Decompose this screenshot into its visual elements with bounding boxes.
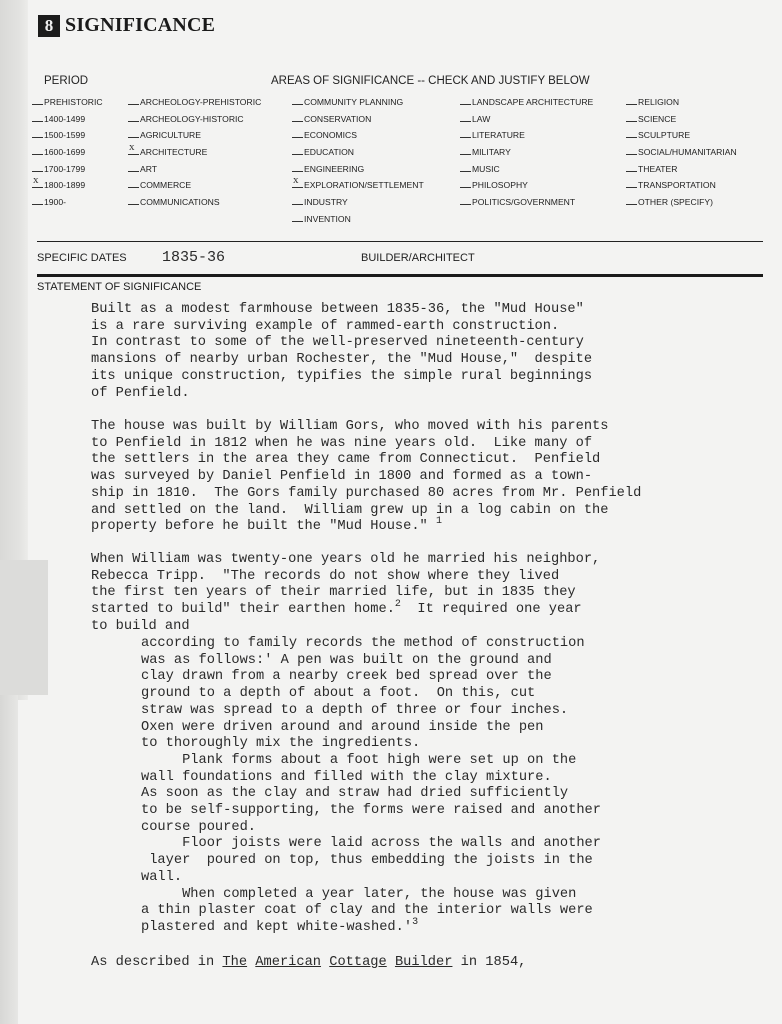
checkbox-item[interactable]: ARCHEOLOGY-HISTORIC bbox=[128, 113, 261, 130]
checkbox-item[interactable]: 1700-1799 bbox=[32, 163, 103, 180]
unchecked-box[interactable] bbox=[626, 130, 637, 138]
unchecked-box[interactable] bbox=[128, 114, 139, 122]
checkbox-item[interactable]: AGRICULTURE bbox=[128, 129, 261, 146]
areas-label: AREAS OF SIGNIFICANCE -- CHECK AND JUSTI… bbox=[271, 75, 590, 87]
unchecked-box[interactable] bbox=[292, 214, 303, 222]
checkbox-label: COMMERCE bbox=[140, 180, 191, 190]
checkbox-item[interactable]: xARCHITECTURE bbox=[128, 146, 261, 163]
period-label: PERIOD bbox=[44, 75, 88, 87]
unchecked-box[interactable] bbox=[292, 164, 303, 172]
unchecked-box[interactable] bbox=[460, 97, 471, 105]
checkbox-item[interactable]: SCULPTURE bbox=[626, 129, 737, 146]
checkbox-label: PHILOSOPHY bbox=[472, 180, 528, 190]
specific-dates-row: SPECIFIC DATES 1835-36 BUILDER/ARCHITECT bbox=[37, 251, 763, 271]
checked-box[interactable]: x bbox=[292, 180, 303, 188]
unchecked-box[interactable] bbox=[460, 147, 471, 155]
period-list: PREHISTORIC1400-14991500-15991600-169917… bbox=[32, 96, 103, 213]
divider bbox=[37, 274, 763, 277]
checkbox-label: SCULPTURE bbox=[638, 130, 690, 140]
checkbox-item[interactable]: COMMERCE bbox=[128, 179, 261, 196]
checkbox-label: 1400-1499 bbox=[44, 114, 85, 124]
checkbox-label: COMMUNITY PLANNING bbox=[304, 97, 403, 107]
checkbox-item[interactable]: PREHISTORIC bbox=[32, 96, 103, 113]
checkbox-item[interactable]: LITERATURE bbox=[460, 129, 593, 146]
checkbox-item[interactable]: xEXPLORATION/SETTLEMENT bbox=[292, 179, 424, 196]
specific-dates-label: SPECIFIC DATES bbox=[37, 252, 127, 264]
unchecked-box[interactable] bbox=[32, 114, 43, 122]
checkbox-item[interactable]: COMMUNICATIONS bbox=[128, 196, 261, 213]
checkbox-item[interactable]: MILITARY bbox=[460, 146, 593, 163]
builder-architect-label: BUILDER/ARCHITECT bbox=[361, 252, 475, 264]
unchecked-box[interactable] bbox=[626, 114, 637, 122]
checkbox-label: 1700-1799 bbox=[44, 164, 85, 174]
checkbox-label: 1800-1899 bbox=[44, 180, 85, 190]
areas-column-4: RELIGIONSCIENCESCULPTURESOCIAL/HUMANITAR… bbox=[626, 96, 737, 213]
checkbox-item[interactable]: POLITICS/GOVERNMENT bbox=[460, 196, 593, 213]
scan-shadow bbox=[0, 560, 48, 695]
checkbox-item[interactable]: LANDSCAPE ARCHITECTURE bbox=[460, 96, 593, 113]
areas-column-3: LANDSCAPE ARCHITECTURELAWLITERATUREMILIT… bbox=[460, 96, 593, 213]
checkbox-label: ECONOMICS bbox=[304, 130, 357, 140]
checkbox-label: INVENTION bbox=[304, 214, 351, 224]
checkbox-label: CONSERVATION bbox=[304, 114, 371, 124]
checkbox-label: LITERATURE bbox=[472, 130, 525, 140]
checkbox-item[interactable]: SCIENCE bbox=[626, 113, 737, 130]
scan-shadow bbox=[0, 695, 18, 1024]
paragraph-text: The house was built by William Gors, who… bbox=[91, 419, 641, 534]
checkbox-label: SOCIAL/HUMANITARIAN bbox=[638, 147, 737, 157]
unchecked-box[interactable] bbox=[460, 114, 471, 122]
checkbox-label: 1600-1699 bbox=[44, 147, 85, 157]
checkbox-label: TRANSPORTATION bbox=[638, 180, 716, 190]
checkbox-item[interactable]: OTHER (SPECIFY) bbox=[626, 196, 737, 213]
unchecked-box[interactable] bbox=[32, 147, 43, 155]
checkbox-item[interactable]: SOCIAL/HUMANITARIAN bbox=[626, 146, 737, 163]
unchecked-box[interactable] bbox=[292, 147, 303, 155]
checked-box[interactable]: x bbox=[32, 180, 43, 188]
unchecked-box[interactable] bbox=[626, 164, 637, 172]
checkbox-label: ENGINEERING bbox=[304, 164, 364, 174]
unchecked-box[interactable] bbox=[460, 130, 471, 138]
check-x-mark: x bbox=[129, 141, 135, 153]
unchecked-box[interactable] bbox=[460, 164, 471, 172]
book-title-word: Builder bbox=[395, 955, 453, 970]
statement-paragraph-4: As described in The American Cottage Bui… bbox=[91, 955, 526, 972]
unchecked-box[interactable] bbox=[292, 197, 303, 205]
unchecked-box[interactable] bbox=[128, 197, 139, 205]
checkbox-label: MILITARY bbox=[472, 147, 511, 157]
paragraph-text: in 1854, bbox=[452, 955, 526, 970]
checkbox-item[interactable]: COMMUNITY PLANNING bbox=[292, 96, 424, 113]
checkbox-item[interactable]: MUSIC bbox=[460, 163, 593, 180]
checkbox-label: OTHER (SPECIFY) bbox=[638, 197, 713, 207]
checkbox-item[interactable]: x1800-1899 bbox=[32, 179, 103, 196]
quote-text: according to family records the method o… bbox=[141, 636, 601, 935]
checkbox-item[interactable]: ART bbox=[128, 163, 261, 180]
unchecked-box[interactable] bbox=[460, 180, 471, 188]
statement-label: STATEMENT OF SIGNIFICANCE bbox=[37, 281, 201, 293]
checkbox-item[interactable]: 1400-1499 bbox=[32, 113, 103, 130]
unchecked-box[interactable] bbox=[626, 180, 637, 188]
checkbox-label: LAW bbox=[472, 114, 490, 124]
checkbox-label: PREHISTORIC bbox=[44, 97, 103, 107]
checkbox-label: MUSIC bbox=[472, 164, 500, 174]
checkbox-item[interactable]: EDUCATION bbox=[292, 146, 424, 163]
checkbox-item[interactable]: PHILOSOPHY bbox=[460, 179, 593, 196]
divider bbox=[37, 241, 763, 242]
check-x-mark: x bbox=[293, 174, 299, 186]
section-header: 8 SIGNIFICANCE bbox=[38, 14, 215, 37]
checkbox-label: ARCHEOLOGY-HISTORIC bbox=[140, 114, 244, 124]
section-title: SIGNIFICANCE bbox=[65, 14, 215, 37]
areas-column-2: COMMUNITY PLANNINGCONSERVATIONECONOMICSE… bbox=[292, 96, 424, 230]
unchecked-box[interactable] bbox=[32, 130, 43, 138]
unchecked-box[interactable] bbox=[128, 164, 139, 172]
unchecked-box[interactable] bbox=[128, 130, 139, 138]
checkbox-label: INDUSTRY bbox=[304, 197, 348, 207]
unchecked-box[interactable] bbox=[292, 130, 303, 138]
unchecked-box[interactable] bbox=[626, 197, 637, 205]
checkbox-label: LANDSCAPE ARCHITECTURE bbox=[472, 97, 593, 107]
unchecked-box[interactable] bbox=[32, 97, 43, 105]
checkbox-item[interactable]: 1900- bbox=[32, 196, 103, 213]
checkbox-item[interactable]: RELIGION bbox=[626, 96, 737, 113]
unchecked-box[interactable] bbox=[128, 180, 139, 188]
checkbox-label: 1900- bbox=[44, 197, 66, 207]
checkbox-label: THEATER bbox=[638, 164, 677, 174]
unchecked-box[interactable] bbox=[32, 164, 43, 172]
unchecked-box[interactable] bbox=[292, 97, 303, 105]
statement-paragraph-1: Built as a modest farmhouse between 1835… bbox=[91, 302, 592, 402]
book-title-word: The bbox=[222, 955, 247, 970]
checkbox-item[interactable]: THEATER bbox=[626, 163, 737, 180]
statement-paragraph-2: The house was built by William Gors, who… bbox=[91, 419, 641, 536]
checkbox-item[interactable]: LAW bbox=[460, 113, 593, 130]
unchecked-box[interactable] bbox=[292, 114, 303, 122]
check-x-mark: x bbox=[33, 174, 39, 186]
checkbox-item[interactable]: ECONOMICS bbox=[292, 129, 424, 146]
checkbox-label: ARCHITECTURE bbox=[140, 147, 207, 157]
unchecked-box[interactable] bbox=[128, 97, 139, 105]
block-quote: according to family records the method o… bbox=[141, 636, 601, 937]
footnote-marker: 3 bbox=[412, 917, 418, 928]
checkbox-label: COMMUNICATIONS bbox=[140, 197, 220, 207]
checkbox-label: 1500-1599 bbox=[44, 130, 85, 140]
areas-column-1: ARCHEOLOGY-PREHISTORICARCHEOLOGY-HISTORI… bbox=[128, 96, 261, 213]
checkbox-item[interactable]: INVENTION bbox=[292, 213, 424, 230]
unchecked-box[interactable] bbox=[626, 97, 637, 105]
unchecked-box[interactable] bbox=[32, 197, 43, 205]
unchecked-box[interactable] bbox=[626, 147, 637, 155]
unchecked-box[interactable] bbox=[460, 197, 471, 205]
checkbox-item[interactable]: 1500-1599 bbox=[32, 129, 103, 146]
checkbox-label: ARCHEOLOGY-PREHISTORIC bbox=[140, 97, 261, 107]
checkbox-label: SCIENCE bbox=[638, 114, 676, 124]
checkbox-item[interactable]: ENGINEERING bbox=[292, 163, 424, 180]
checkbox-label: ART bbox=[140, 164, 157, 174]
checkbox-item[interactable]: ARCHEOLOGY-PREHISTORIC bbox=[128, 96, 261, 113]
book-title-word: American bbox=[255, 955, 321, 970]
specific-dates-field[interactable]: 1835-36 bbox=[162, 249, 225, 266]
statement-paragraph-3: When William was twenty-one years old he… bbox=[91, 552, 600, 636]
checkbox-item[interactable]: 1600-1699 bbox=[32, 146, 103, 163]
checkbox-item[interactable]: TRANSPORTATION bbox=[626, 179, 737, 196]
checkbox-label: POLITICS/GOVERNMENT bbox=[472, 197, 575, 207]
checkbox-label: AGRICULTURE bbox=[140, 130, 201, 140]
checkbox-label: RELIGION bbox=[638, 97, 679, 107]
paragraph-text: As described in bbox=[91, 955, 222, 970]
section-number: 8 bbox=[38, 15, 60, 37]
checked-box[interactable]: x bbox=[128, 147, 139, 155]
book-title-word: Cottage bbox=[329, 955, 387, 970]
checkbox-label: EXPLORATION/SETTLEMENT bbox=[304, 180, 424, 190]
checkbox-item[interactable]: INDUSTRY bbox=[292, 196, 424, 213]
checkbox-label: EDUCATION bbox=[304, 147, 354, 157]
checkbox-item[interactable]: CONSERVATION bbox=[292, 113, 424, 130]
footnote-marker: 1 bbox=[436, 516, 442, 527]
